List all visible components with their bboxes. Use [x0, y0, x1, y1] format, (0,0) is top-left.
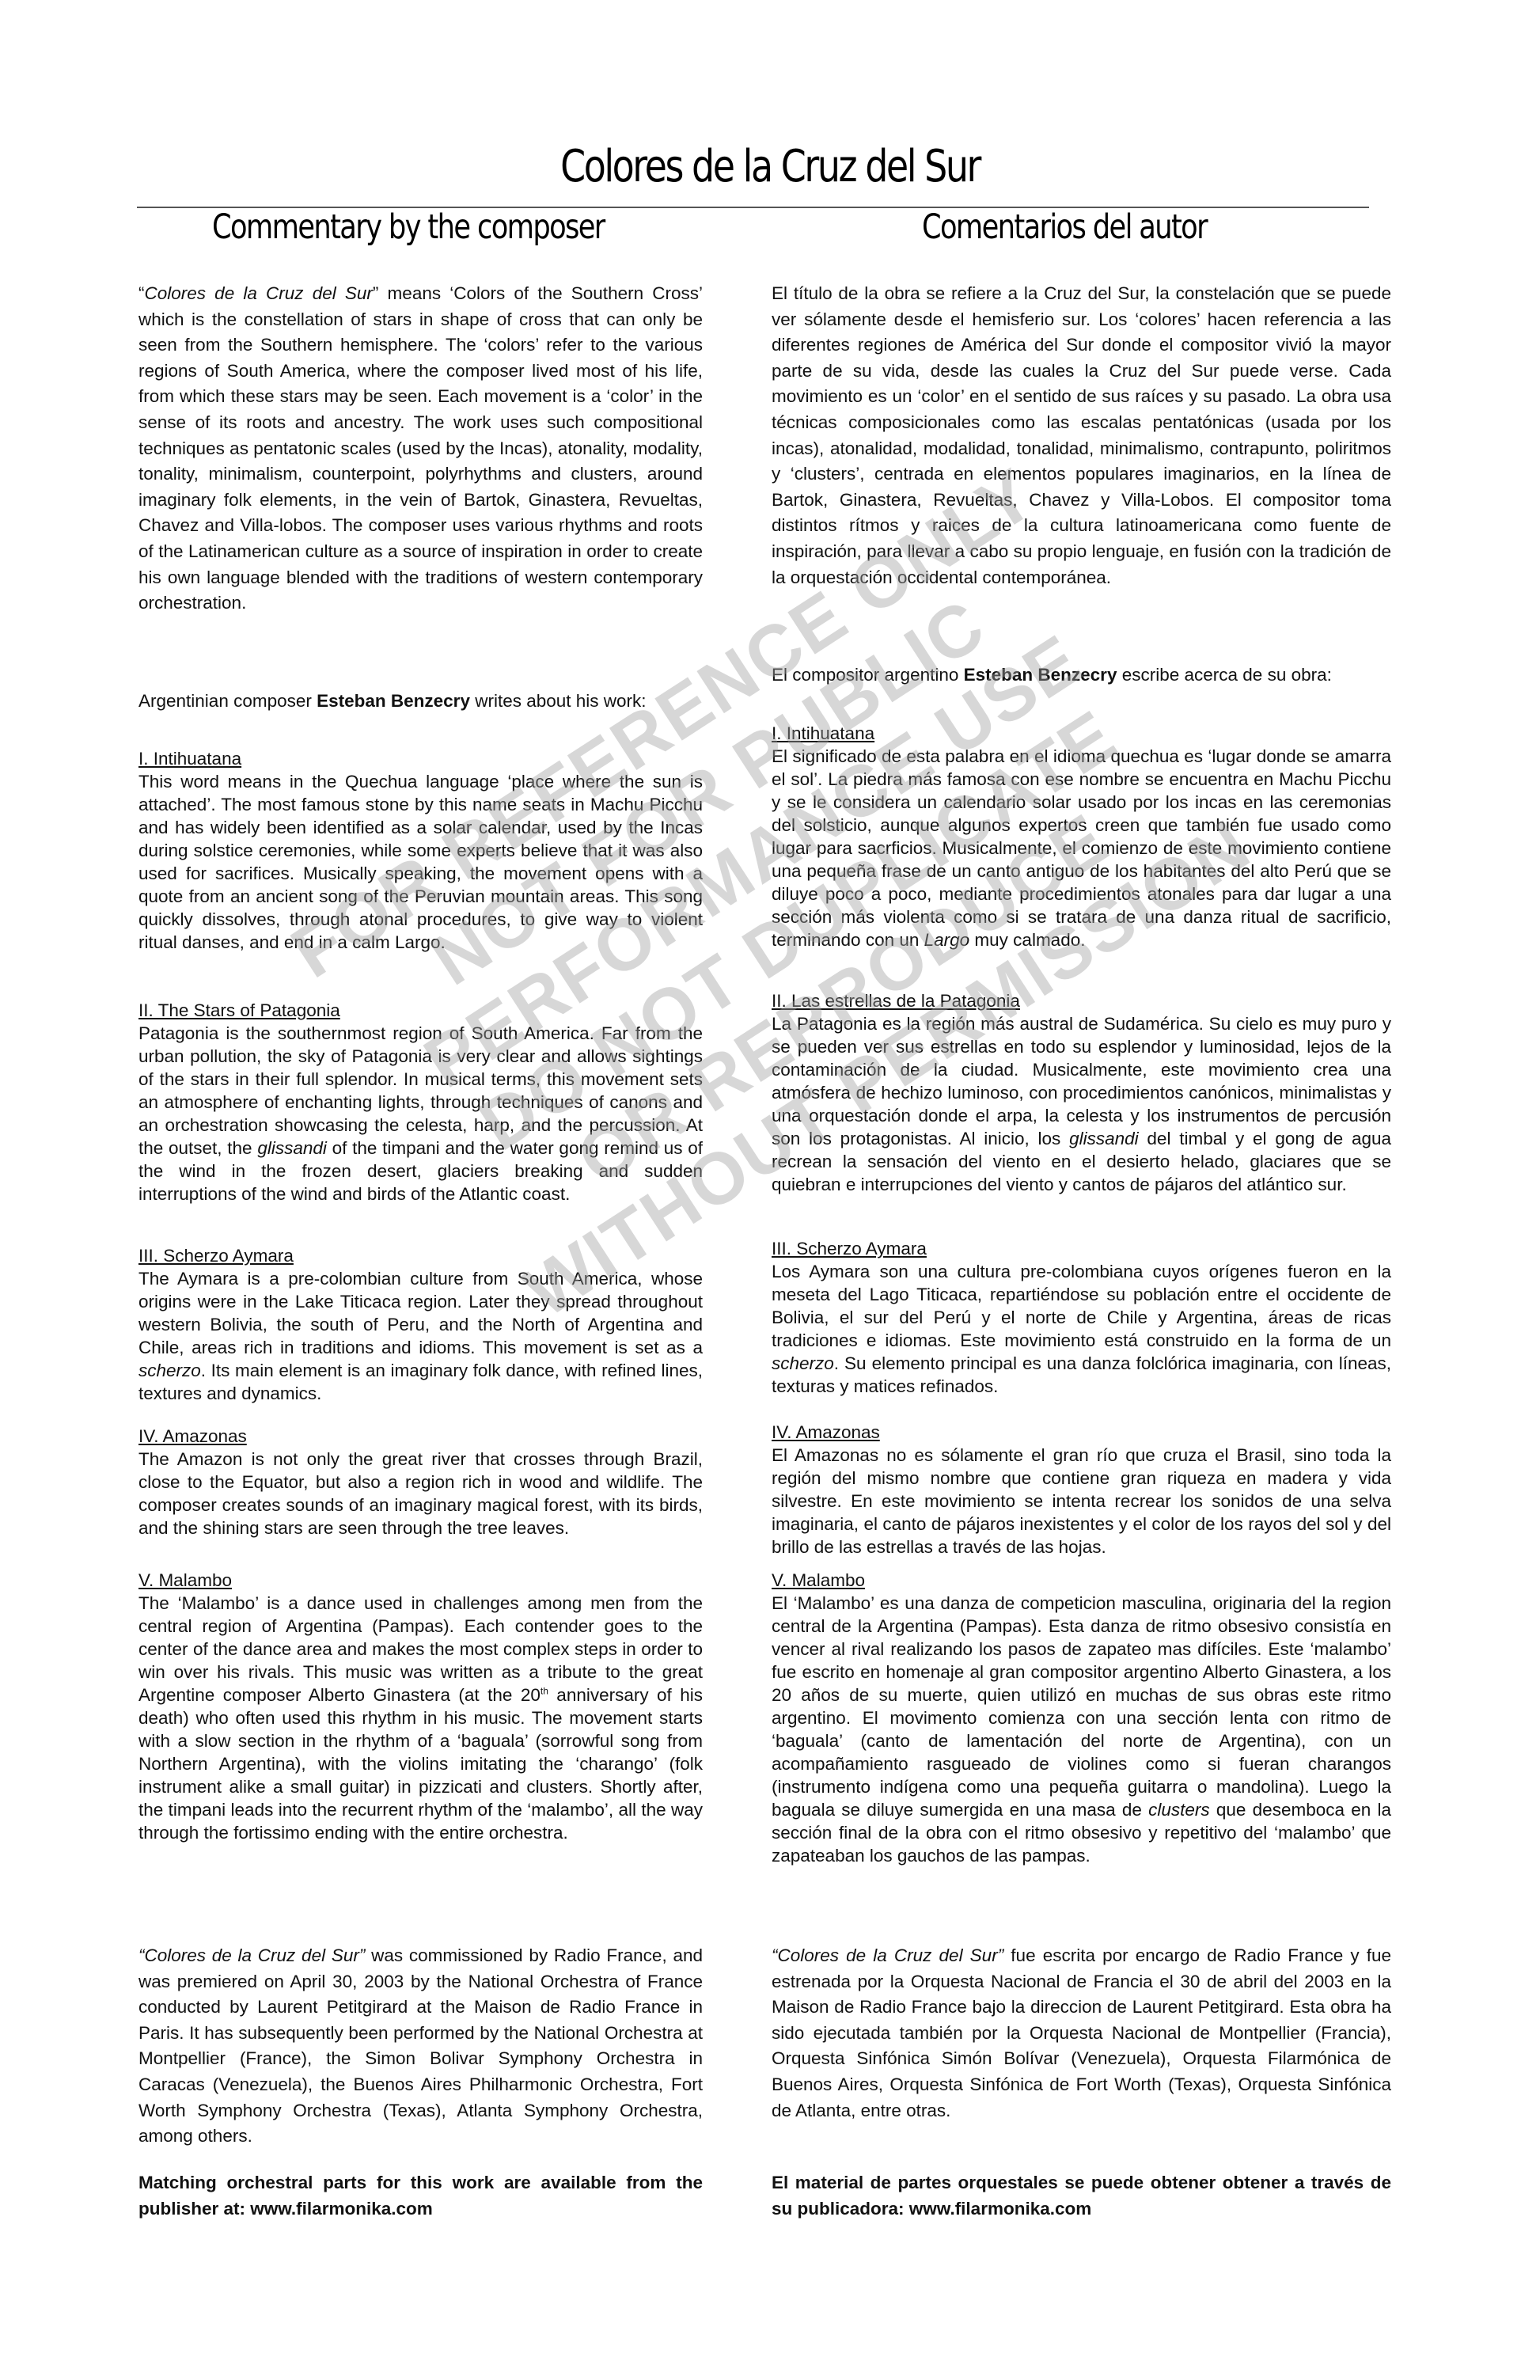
- movement-title: III. Scherzo Aymara: [138, 1244, 703, 1267]
- movement-title: I. Intihuatana: [138, 747, 703, 770]
- spanish-movement-5: V. Malambo El ‘Malambo’ es una danza de …: [772, 1569, 1391, 1867]
- movement-title: III. Scherzo Aymara: [772, 1237, 1391, 1260]
- spanish-author-line: El compositor argentino Esteban Benzecry…: [772, 662, 1391, 689]
- movement-title: IV. Amazonas: [138, 1425, 703, 1448]
- spanish-intro: El título de la obra se refiere a la Cru…: [772, 281, 1391, 590]
- document-page: Colores de la Cruz del Sur Commentary by…: [0, 0, 1540, 2380]
- composer-name: Esteban Benzecry: [317, 691, 470, 711]
- spanish-movement-4: IV. Amazonas El Amazonas no es sólamente…: [772, 1421, 1391, 1558]
- document-title: Colores de la Cruz del Sur: [138, 141, 1402, 192]
- spanish-movement-3: III. Scherzo Aymara Los Aymara son una c…: [772, 1237, 1391, 1398]
- work-title-italic: Colores de la Cruz del Sur: [145, 283, 373, 303]
- english-movement-2: II. The Stars of Patagonia Patagonia is …: [138, 999, 703, 1205]
- english-premiere-info: “Colores de la Cruz del Sur” was commiss…: [138, 1943, 703, 2150]
- english-movement-1: I. Intihuatana This word means in the Qu…: [138, 747, 703, 954]
- spanish-column-heading: Comentarios del autor: [922, 207, 1207, 247]
- english-movement-5: V. Malambo The ‘Malambo’ is a dance used…: [138, 1569, 703, 1844]
- english-movement-3: III. Scherzo Aymara The Aymara is a pre-…: [138, 1244, 703, 1405]
- spanish-movement-1: I. Intihuatana El significado de esta pa…: [772, 722, 1391, 951]
- english-author-line: Argentinian composer Esteban Benzecry wr…: [138, 689, 703, 715]
- composer-name: Esteban Benzecry: [964, 665, 1117, 685]
- english-intro: “Colores de la Cruz del Sur” means ‘Colo…: [138, 281, 703, 617]
- english-column-heading: Commentary by the composer: [212, 207, 605, 247]
- movement-title: IV. Amazonas: [772, 1421, 1391, 1444]
- english-movement-4: IV. Amazonas The Amazon is not only the …: [138, 1425, 703, 1539]
- movement-title: V. Malambo: [138, 1569, 703, 1592]
- movement-title: V. Malambo: [772, 1569, 1391, 1592]
- movement-title: II. The Stars of Patagonia: [138, 999, 703, 1022]
- spanish-parts-notice: El material de partes orquestales se pue…: [772, 2170, 1391, 2222]
- spanish-premiere-info: “Colores de la Cruz del Sur” fue escrita…: [772, 1943, 1391, 2124]
- spanish-movement-2: II. Las estrellas de la Patagonia La Pat…: [772, 989, 1391, 1196]
- movement-title: II. Las estrellas de la Patagonia: [772, 989, 1391, 1012]
- english-parts-notice: Matching orchestral parts for this work …: [138, 2170, 703, 2222]
- movement-title: I. Intihuatana: [772, 722, 1391, 745]
